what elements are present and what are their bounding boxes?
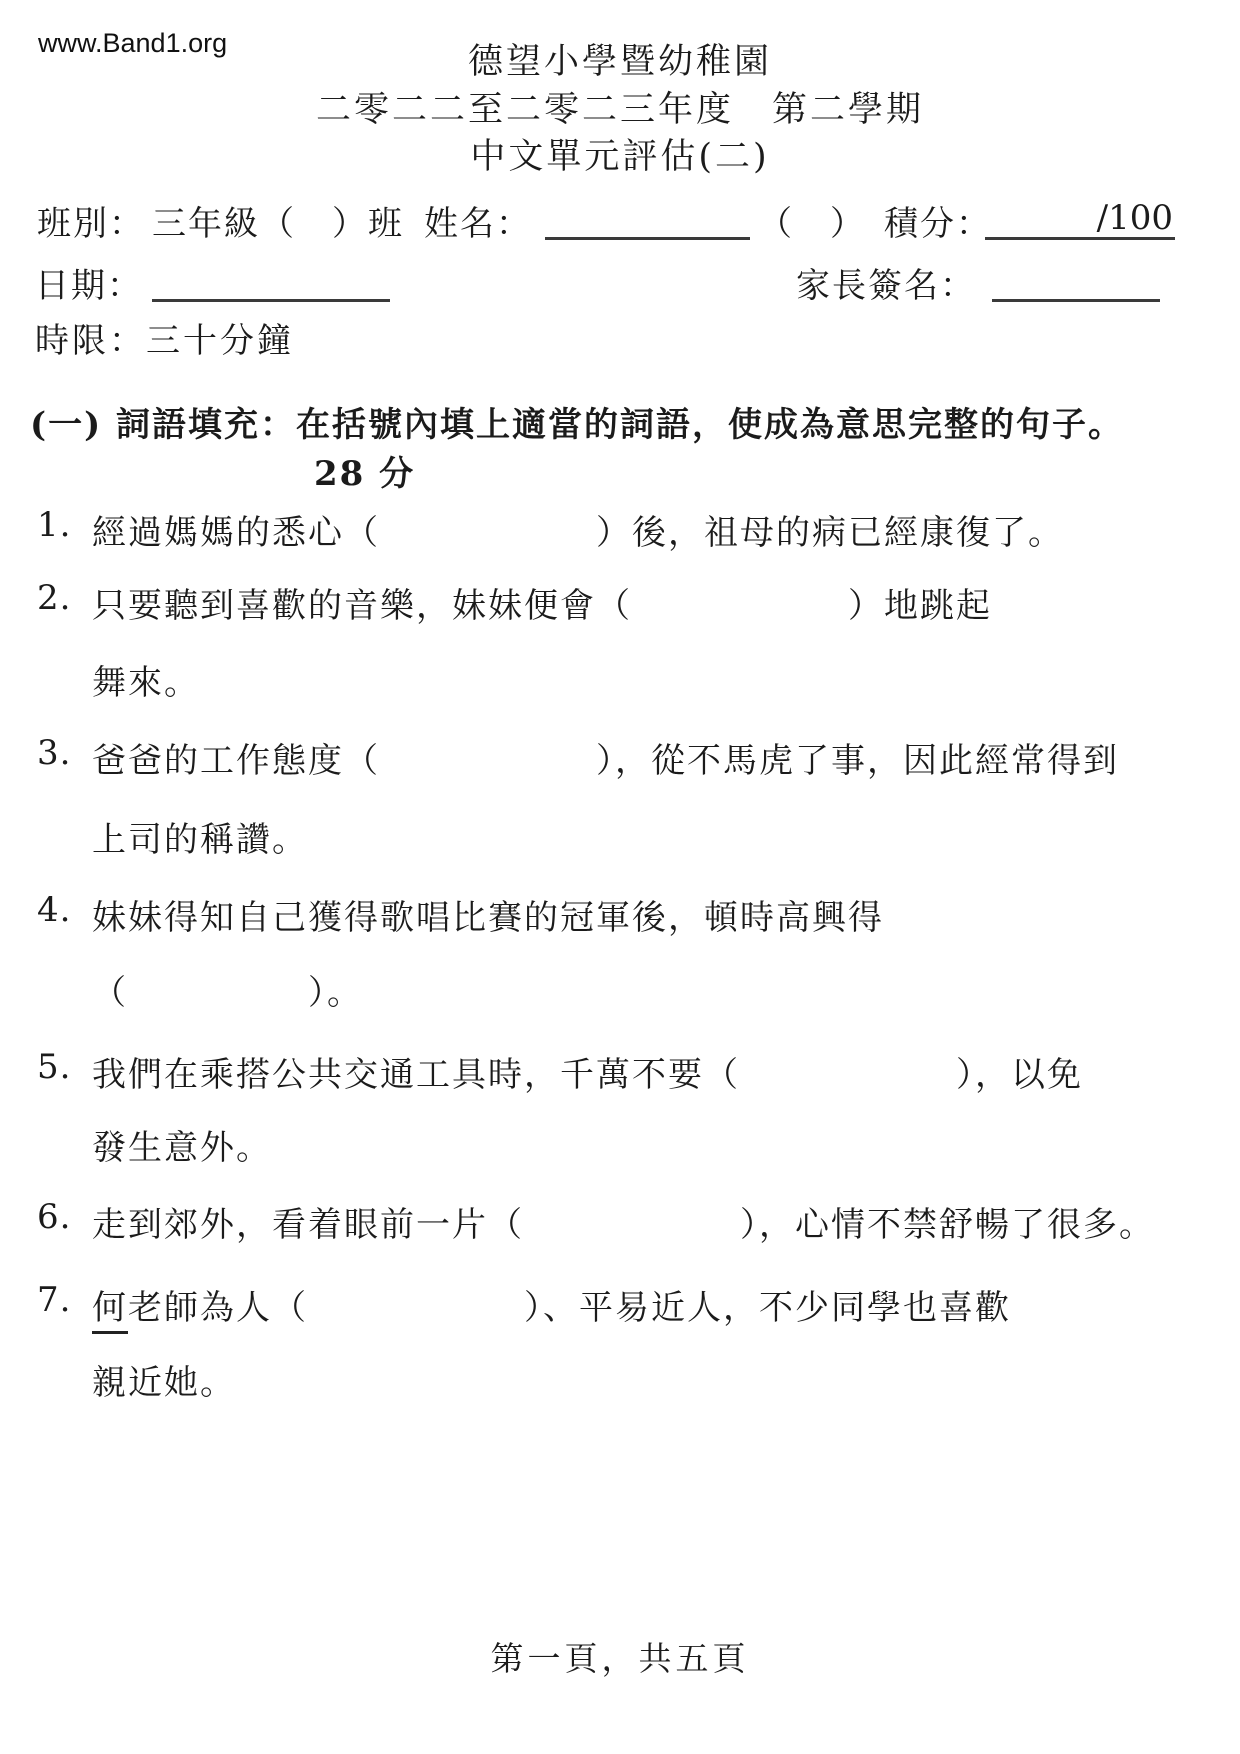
date-blank-line <box>152 258 390 302</box>
parent-sign-blank-line <box>992 258 1160 302</box>
question-5-text: 我們在乘搭公共交通工具時，千萬不要（ ），以免 <box>92 1047 1083 1096</box>
class-label: 班別： <box>37 196 145 245</box>
question-2-text-line2: 舞來。 <box>92 655 200 704</box>
date-label: 日期： <box>35 258 143 307</box>
question-2: 2. 只要聽到喜歡的音樂，妹妹便會（ ）地跳起 <box>0 578 1240 624</box>
question-7-continuation: 親近她。 <box>0 1355 1240 1401</box>
question-2-number: 2. <box>37 578 71 618</box>
question-5: 5. 我們在乘搭公共交通工具時，千萬不要（ ），以免 <box>0 1047 1240 1093</box>
question-2-text: 只要聽到喜歡的音樂，妹妹便會（ ）地跳起 <box>92 578 992 627</box>
question-4-text-line2: （ ）。 <box>92 965 363 1014</box>
question-4-number: 4. <box>37 890 71 930</box>
question-7-text-rest: 老師為人（ ）、平易近人，不少同學也喜歡 <box>128 1288 1011 1328</box>
question-4-text: 妹妹得知自己獲得歌唱比賽的冠軍後，頓時高興得 <box>92 890 884 939</box>
form-row-1: 班別： 三年級（ ）班 姓名： （ ） 積分： /100 <box>0 196 1240 246</box>
question-7-number: 7. <box>37 1280 71 1320</box>
name-label: 姓名： <box>424 196 532 245</box>
question-3-number: 3. <box>37 733 71 773</box>
question-1-text: 經過媽媽的悉心（ ）後，祖母的病已經康復了。 <box>92 505 1064 554</box>
question-3-text-line2: 上司的稱讚。 <box>92 812 308 861</box>
name-blank-line <box>545 196 750 240</box>
question-7-text: 何老師為人（ ）、平易近人，不少同學也喜歡 <box>92 1280 1011 1329</box>
question-5-text-line2: 發生意外。 <box>92 1120 272 1169</box>
question-6: 6. 走到郊外，看着眼前一片（ ），心情不禁舒暢了很多。 <box>0 1197 1240 1243</box>
question-7: 7. 何老師為人（ ）、平易近人，不少同學也喜歡 <box>0 1280 1240 1326</box>
question-7-text-line2: 親近她。 <box>92 1355 236 1404</box>
question-3: 3. 爸爸的工作態度（ ），從不馬虎了事，因此經常得到 <box>0 733 1240 779</box>
score-total: /100 <box>1097 200 1175 237</box>
section-heading: (一) 詞語填充：在括號內填上適當的詞語，使成為意思完整的句子。 <box>30 397 1230 446</box>
question-5-continuation: 發生意外。 <box>0 1120 1240 1166</box>
section-marks: 28 分 <box>314 446 415 495</box>
question-3-continuation: 上司的稱讚。 <box>0 812 1240 858</box>
class-value: 三年級（ ）班 <box>152 196 404 245</box>
question-1-number: 1. <box>37 505 71 545</box>
paper-title: 中文單元評估(二) <box>0 129 1240 179</box>
class-number-brackets: （ ） <box>758 196 866 245</box>
time-limit: 時限：三十分鐘 <box>35 313 294 362</box>
school-name: 德望小學暨幼稚園 <box>0 34 1240 84</box>
question-2-continuation: 舞來。 <box>0 655 1240 701</box>
parent-sign-label: 家長簽名： <box>796 258 976 307</box>
form-row-2: 日期： 家長簽名： <box>0 258 1240 308</box>
question-4: 4. 妹妹得知自己獲得歌唱比賽的冠軍後，頓時高興得 <box>0 890 1240 936</box>
question-6-text: 走到郊外，看着眼前一片（ ），心情不禁舒暢了很多。 <box>92 1197 1155 1246</box>
question-1: 1. 經過媽媽的悉心（ ）後，祖母的病已經康復了。 <box>0 505 1240 551</box>
underlined-surname: 何 <box>92 1288 128 1334</box>
score-blank-line: /100 <box>985 196 1175 240</box>
question-6-number: 6. <box>37 1197 71 1237</box>
year-term: 二零二二至二零二三年度 第二學期 <box>0 82 1240 132</box>
exam-page: www.Band1.org 德望小學暨幼稚園 二零二二至二零二三年度 第二學期 … <box>0 0 1240 1754</box>
question-5-number: 5. <box>37 1047 71 1087</box>
score-label: 積分： <box>884 196 992 245</box>
page-footer: 第一頁，共五頁 <box>0 1633 1240 1680</box>
question-4-continuation: （ ）。 <box>0 965 1240 1011</box>
question-3-text: 爸爸的工作態度（ ），從不馬虎了事，因此經常得到 <box>92 733 1119 782</box>
